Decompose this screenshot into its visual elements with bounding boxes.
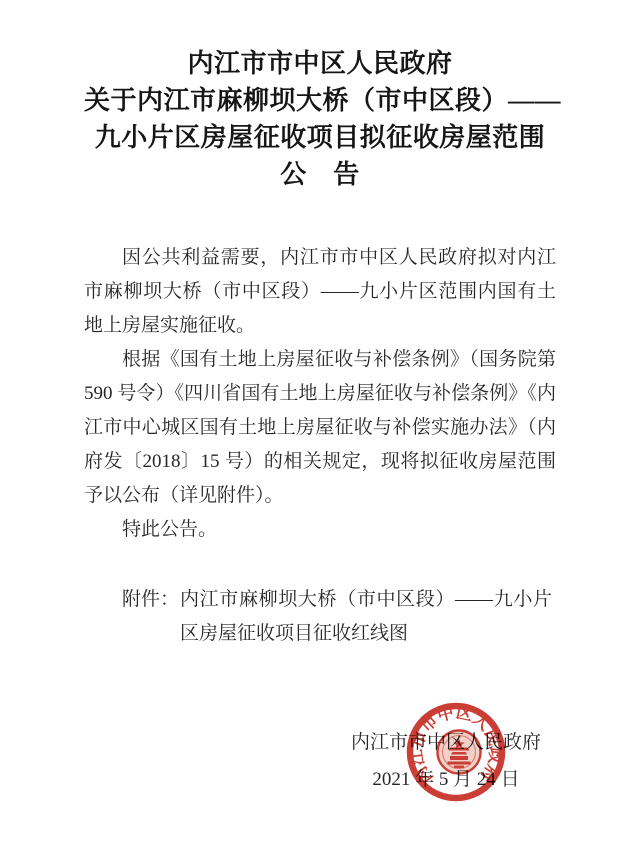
document-body: 因公共利益需要，内江市市中区人民政府拟对内江市麻柳坝大桥（市中区段）——九小片区… [84, 241, 556, 547]
announcement-page: 内江市市中区人民政府 关于内江市麻柳坝大桥（市中区段）—— 九小片区房屋征收项目… [0, 0, 640, 856]
body-paragraph-2: 根据《国有土地上房屋征收与补偿条例》（国务院第 590 号令）《四川省国有土地上… [84, 343, 556, 513]
title-line-subject-2: 九小片区房屋征收项目拟征收房屋范围 [84, 119, 556, 156]
attachment-note: 附件： 内江市麻柳坝大桥（市中区段）——九小片区房屋征收项目征收红线图 [122, 583, 556, 651]
title-line-subject-1: 关于内江市麻柳坝大桥（市中区段）—— [84, 82, 556, 119]
body-paragraph-3: 特此公告。 [84, 513, 556, 547]
signature-block: 内江市市中区人民政府 2021 年 5 月 24 日 [330, 724, 562, 798]
title-line-issuer: 内江市市中区人民政府 [84, 45, 556, 82]
document-title: 内江市市中区人民政府 关于内江市麻柳坝大桥（市中区段）—— 九小片区房屋征收项目… [84, 45, 556, 193]
title-line-gonggao: 公 告 [84, 156, 556, 193]
signature-date: 2021 年 5 月 24 日 [330, 761, 562, 798]
signature-issuer: 内江市市中区人民政府 [330, 724, 562, 761]
document-content: 内江市市中区人民政府 关于内江市麻柳坝大桥（市中区段）—— 九小片区房屋征收项目… [84, 0, 556, 651]
body-paragraph-1: 因公共利益需要，内江市市中区人民政府拟对内江市麻柳坝大桥（市中区段）——九小片区… [84, 241, 556, 343]
attachment-label: 附件： [122, 583, 180, 651]
attachment-text: 内江市麻柳坝大桥（市中区段）——九小片区房屋征收项目征收红线图 [180, 583, 552, 651]
